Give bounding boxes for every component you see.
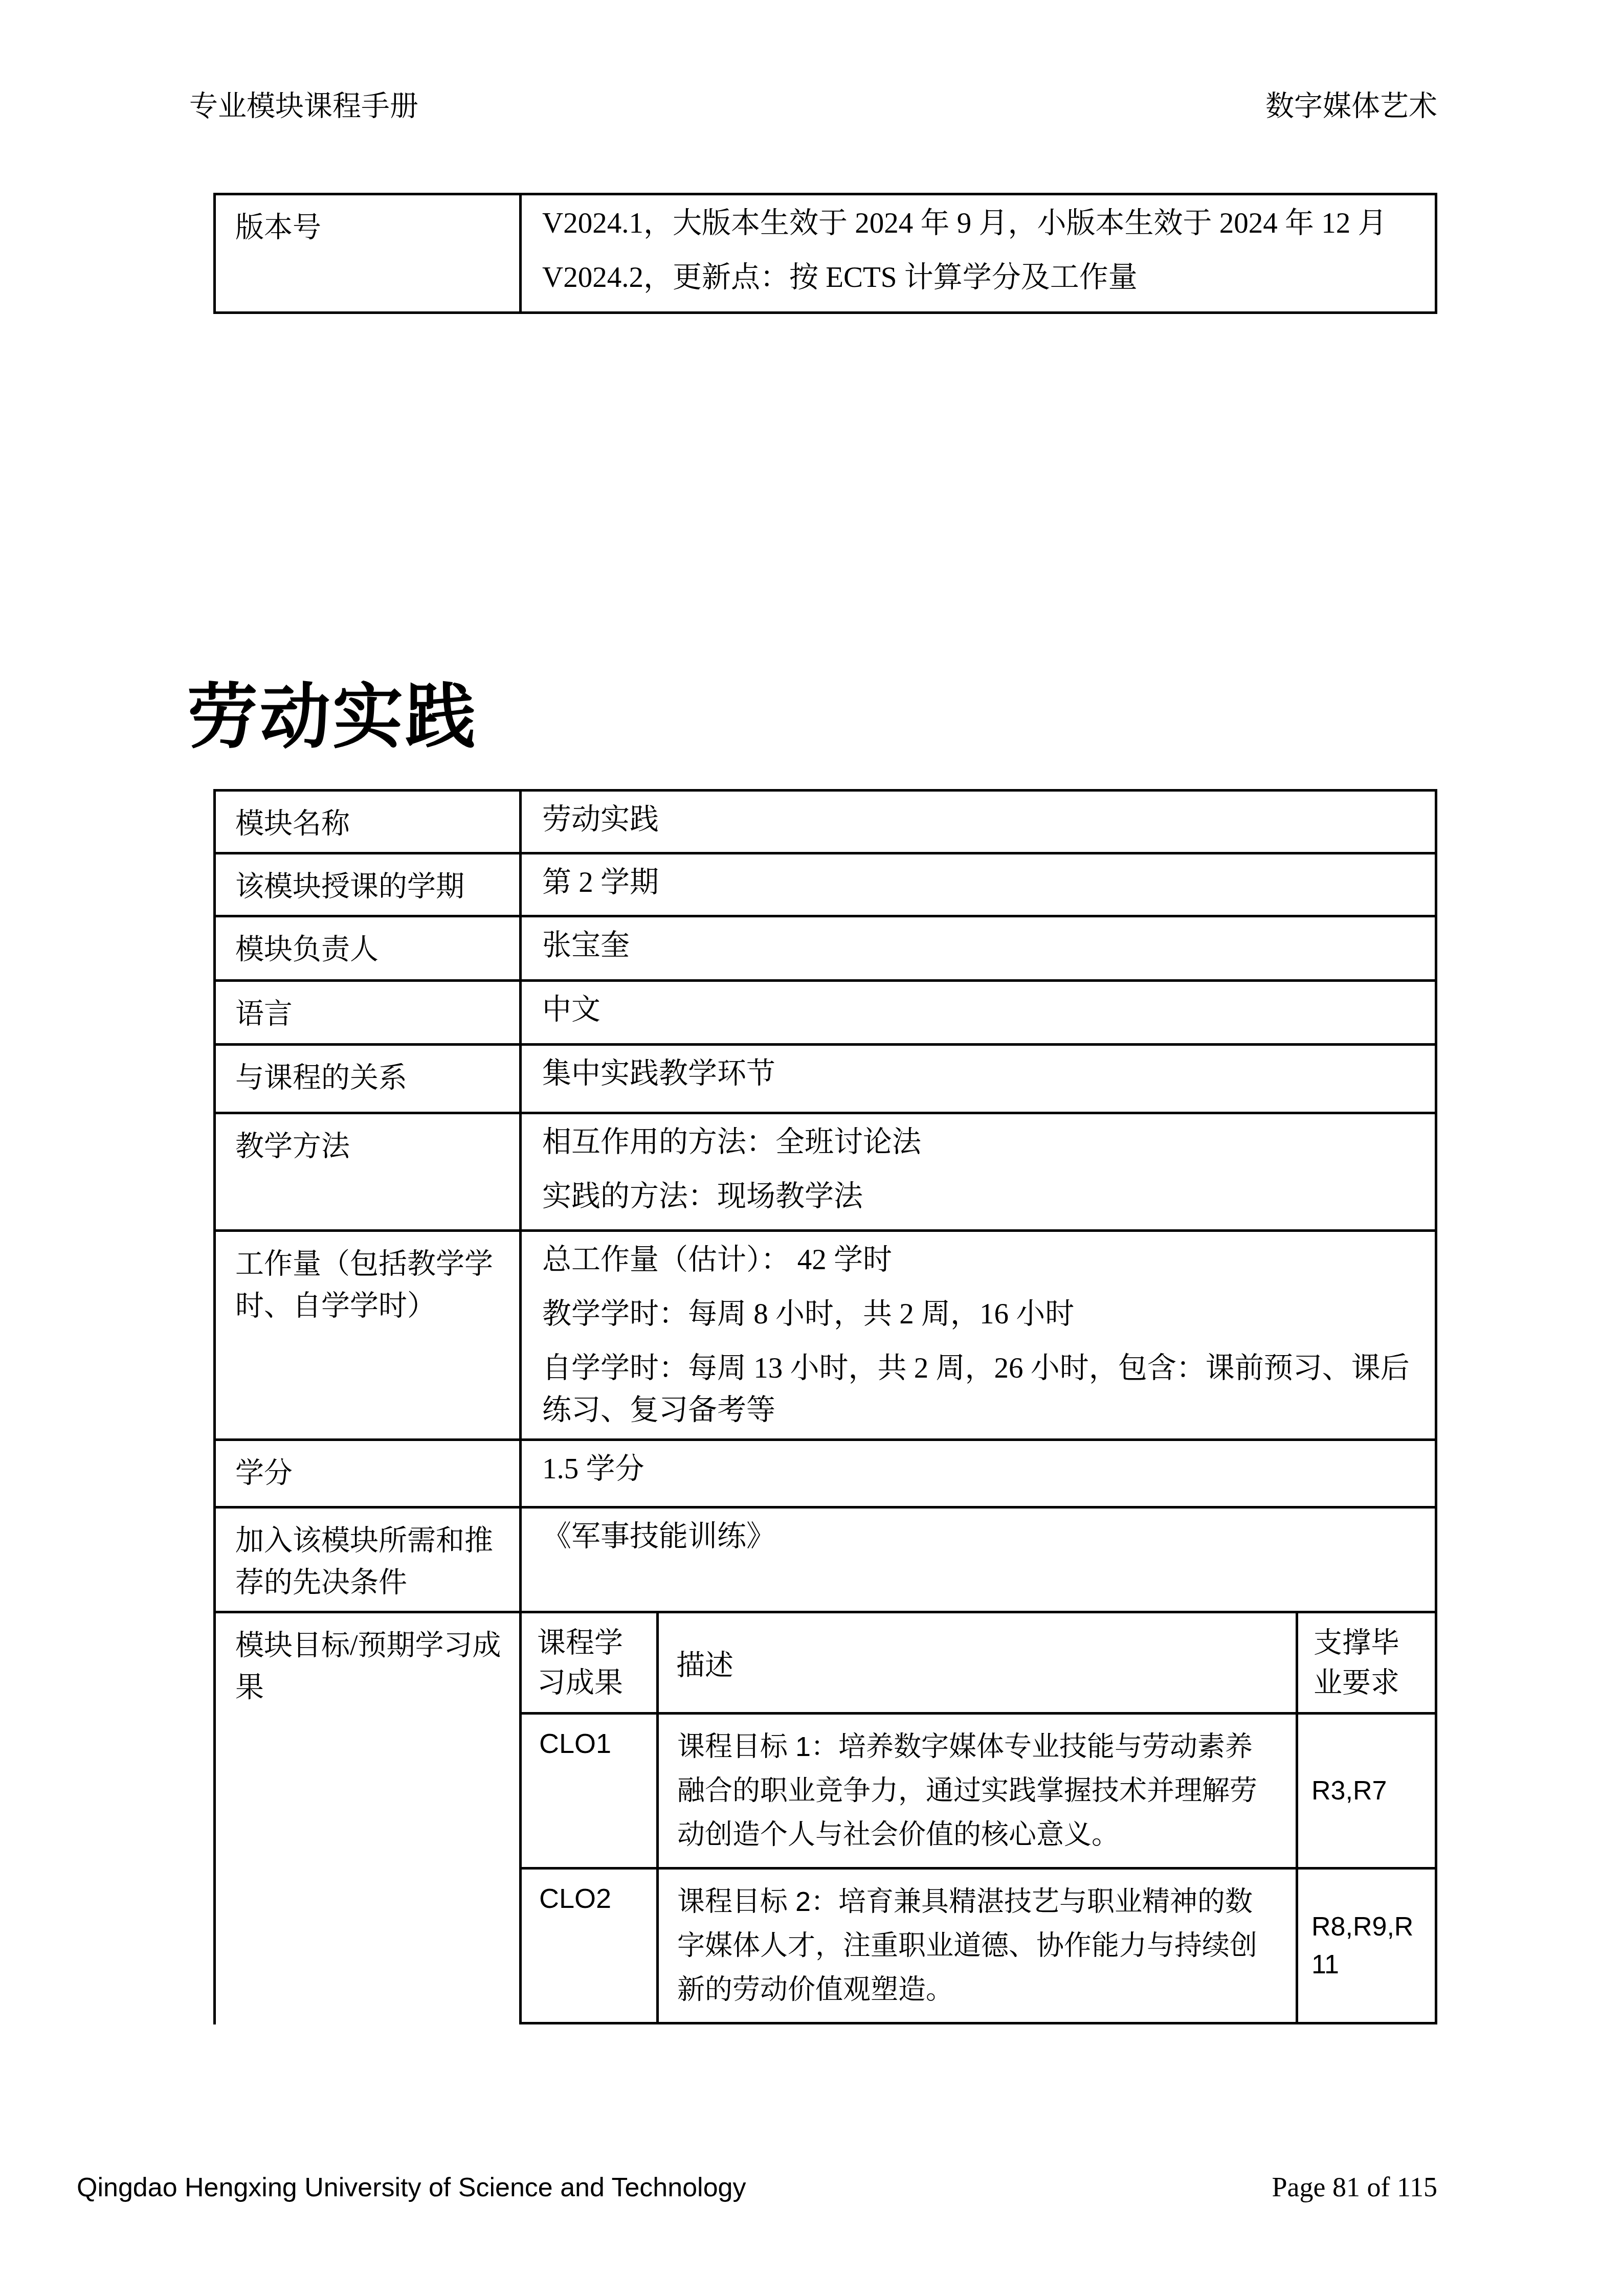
clo-support-cell: R8,R9,R11 — [1298, 1870, 1437, 2022]
table-row: 语言 中文 — [213, 982, 1437, 1046]
table-row: 模块负责人 张宝奎 — [213, 917, 1437, 982]
document-page: 专业模块课程手册 数字媒体艺术 版本号 V2024.1，大版本生效于 2024 … — [0, 0, 1624, 2296]
clo-row: CLO1 课程目标 1：培养数字媒体专业技能与劳动素养融合的职业竞争力，通过实践… — [522, 1715, 1437, 1870]
row-label: 语言 — [213, 982, 522, 1043]
row-value: 劳动实践 — [522, 792, 1437, 852]
version-value-cell: V2024.1，大版本生效于 2024 年 9 月，小版本生效于 2024 年 … — [522, 195, 1437, 311]
clo-table-header: 课程学习成果 描述 支撑毕业要求 — [522, 1613, 1437, 1715]
row-value: 第 2 学期 — [522, 854, 1437, 915]
row-value: 总工作量（估计）： 42 学时教学学时：每周 8 小时，共 2 周，16 小时自… — [522, 1232, 1437, 1438]
row-label: 加入该模块所需和推 荐的先决条件 — [213, 1509, 522, 1611]
row-value: 张宝奎 — [522, 917, 1437, 979]
clo-code-cell: CLO1 — [522, 1715, 659, 1867]
table-row: 与课程的关系 集中实践教学环节 — [213, 1046, 1437, 1114]
outcomes-row: 模块目标/预期学习成 果 课程学习成果 描述 支撑毕业要求 CLO1 课程目标 … — [213, 1613, 1437, 2024]
outcomes-nested-table: 课程学习成果 描述 支撑毕业要求 CLO1 课程目标 1：培养数字媒体专业技能与… — [522, 1613, 1437, 2024]
header-right-text: 数字媒体艺术 — [1265, 91, 1437, 123]
header-left-text: 专业模块课程手册 — [189, 91, 418, 123]
row-value: 相互作用的方法：全班讨论法实践的方法：现场教学法 — [522, 1114, 1437, 1229]
row-label: 工作量（包括教学学 时、自学学时） — [213, 1232, 522, 1438]
row-label: 该模块授课的学期 — [213, 854, 522, 915]
module-table: 模块名称 劳动实践 该模块授课的学期 第 2 学期 模块负责人 张宝奎 语言 中… — [213, 789, 1437, 2024]
table-row: 学分 1.5 学分 — [213, 1441, 1437, 1509]
clo-desc-cell: 课程目标 2：培育兼具精湛技艺与职业精神的数字媒体人才，注重职业道德、协作能力与… — [659, 1870, 1298, 2022]
version-table: 版本号 V2024.1，大版本生效于 2024 年 9 月，小版本生效于 202… — [213, 193, 1437, 314]
clo-code-cell: CLO2 — [522, 1870, 659, 2022]
clo-header-description: 描述 — [659, 1613, 1298, 1712]
table-row: 该模块授课的学期 第 2 学期 — [213, 854, 1437, 917]
version-row: 版本号 V2024.1，大版本生效于 2024 年 9 月，小版本生效于 202… — [213, 195, 1437, 311]
row-value: 1.5 学分 — [522, 1441, 1437, 1506]
table-row: 教学方法 相互作用的方法：全班讨论法实践的方法：现场教学法 — [213, 1114, 1437, 1232]
row-label: 学分 — [213, 1441, 522, 1506]
page-footer: Qingdao Hengxing University of Science a… — [77, 2171, 1437, 2203]
row-label: 与课程的关系 — [213, 1046, 522, 1112]
footer-page-number: Page 81 of 115 — [1272, 2171, 1437, 2203]
row-label: 模块名称 — [213, 792, 522, 852]
clo-row: CLO2 课程目标 2：培育兼具精湛技艺与职业精神的数字媒体人才，注重职业道德、… — [522, 1870, 1437, 2024]
table-row: 工作量（包括教学学 时、自学学时） 总工作量（估计）： 42 学时教学学时：每周… — [213, 1232, 1437, 1441]
row-value: 《军事技能训练》 — [522, 1509, 1437, 1611]
clo-header-support: 支撑毕业要求 — [1298, 1613, 1437, 1712]
row-value: 集中实践教学环节 — [522, 1046, 1437, 1112]
clo-support-cell: R3,R7 — [1298, 1715, 1437, 1867]
row-label: 教学方法 — [213, 1114, 522, 1229]
clo-header-outcome: 课程学习成果 — [522, 1613, 659, 1712]
clo-desc-cell: 课程目标 1：培养数字媒体专业技能与劳动素养融合的职业竞争力，通过实践掌握技术并… — [659, 1715, 1298, 1867]
page-header: 专业模块课程手册 数字媒体艺术 — [189, 91, 1437, 123]
row-value: 中文 — [522, 982, 1437, 1043]
table-row: 加入该模块所需和推 荐的先决条件 《军事技能训练》 — [213, 1509, 1437, 1613]
table-row: 模块名称 劳动实践 — [213, 792, 1437, 854]
footer-university: Qingdao Hengxing University of Science a… — [77, 2172, 746, 2203]
page-title: 劳动实践 — [187, 680, 478, 754]
row-label: 模块目标/预期学习成 果 — [213, 1613, 522, 2024]
version-label-cell: 版本号 — [213, 195, 522, 311]
row-label: 模块负责人 — [213, 917, 522, 979]
